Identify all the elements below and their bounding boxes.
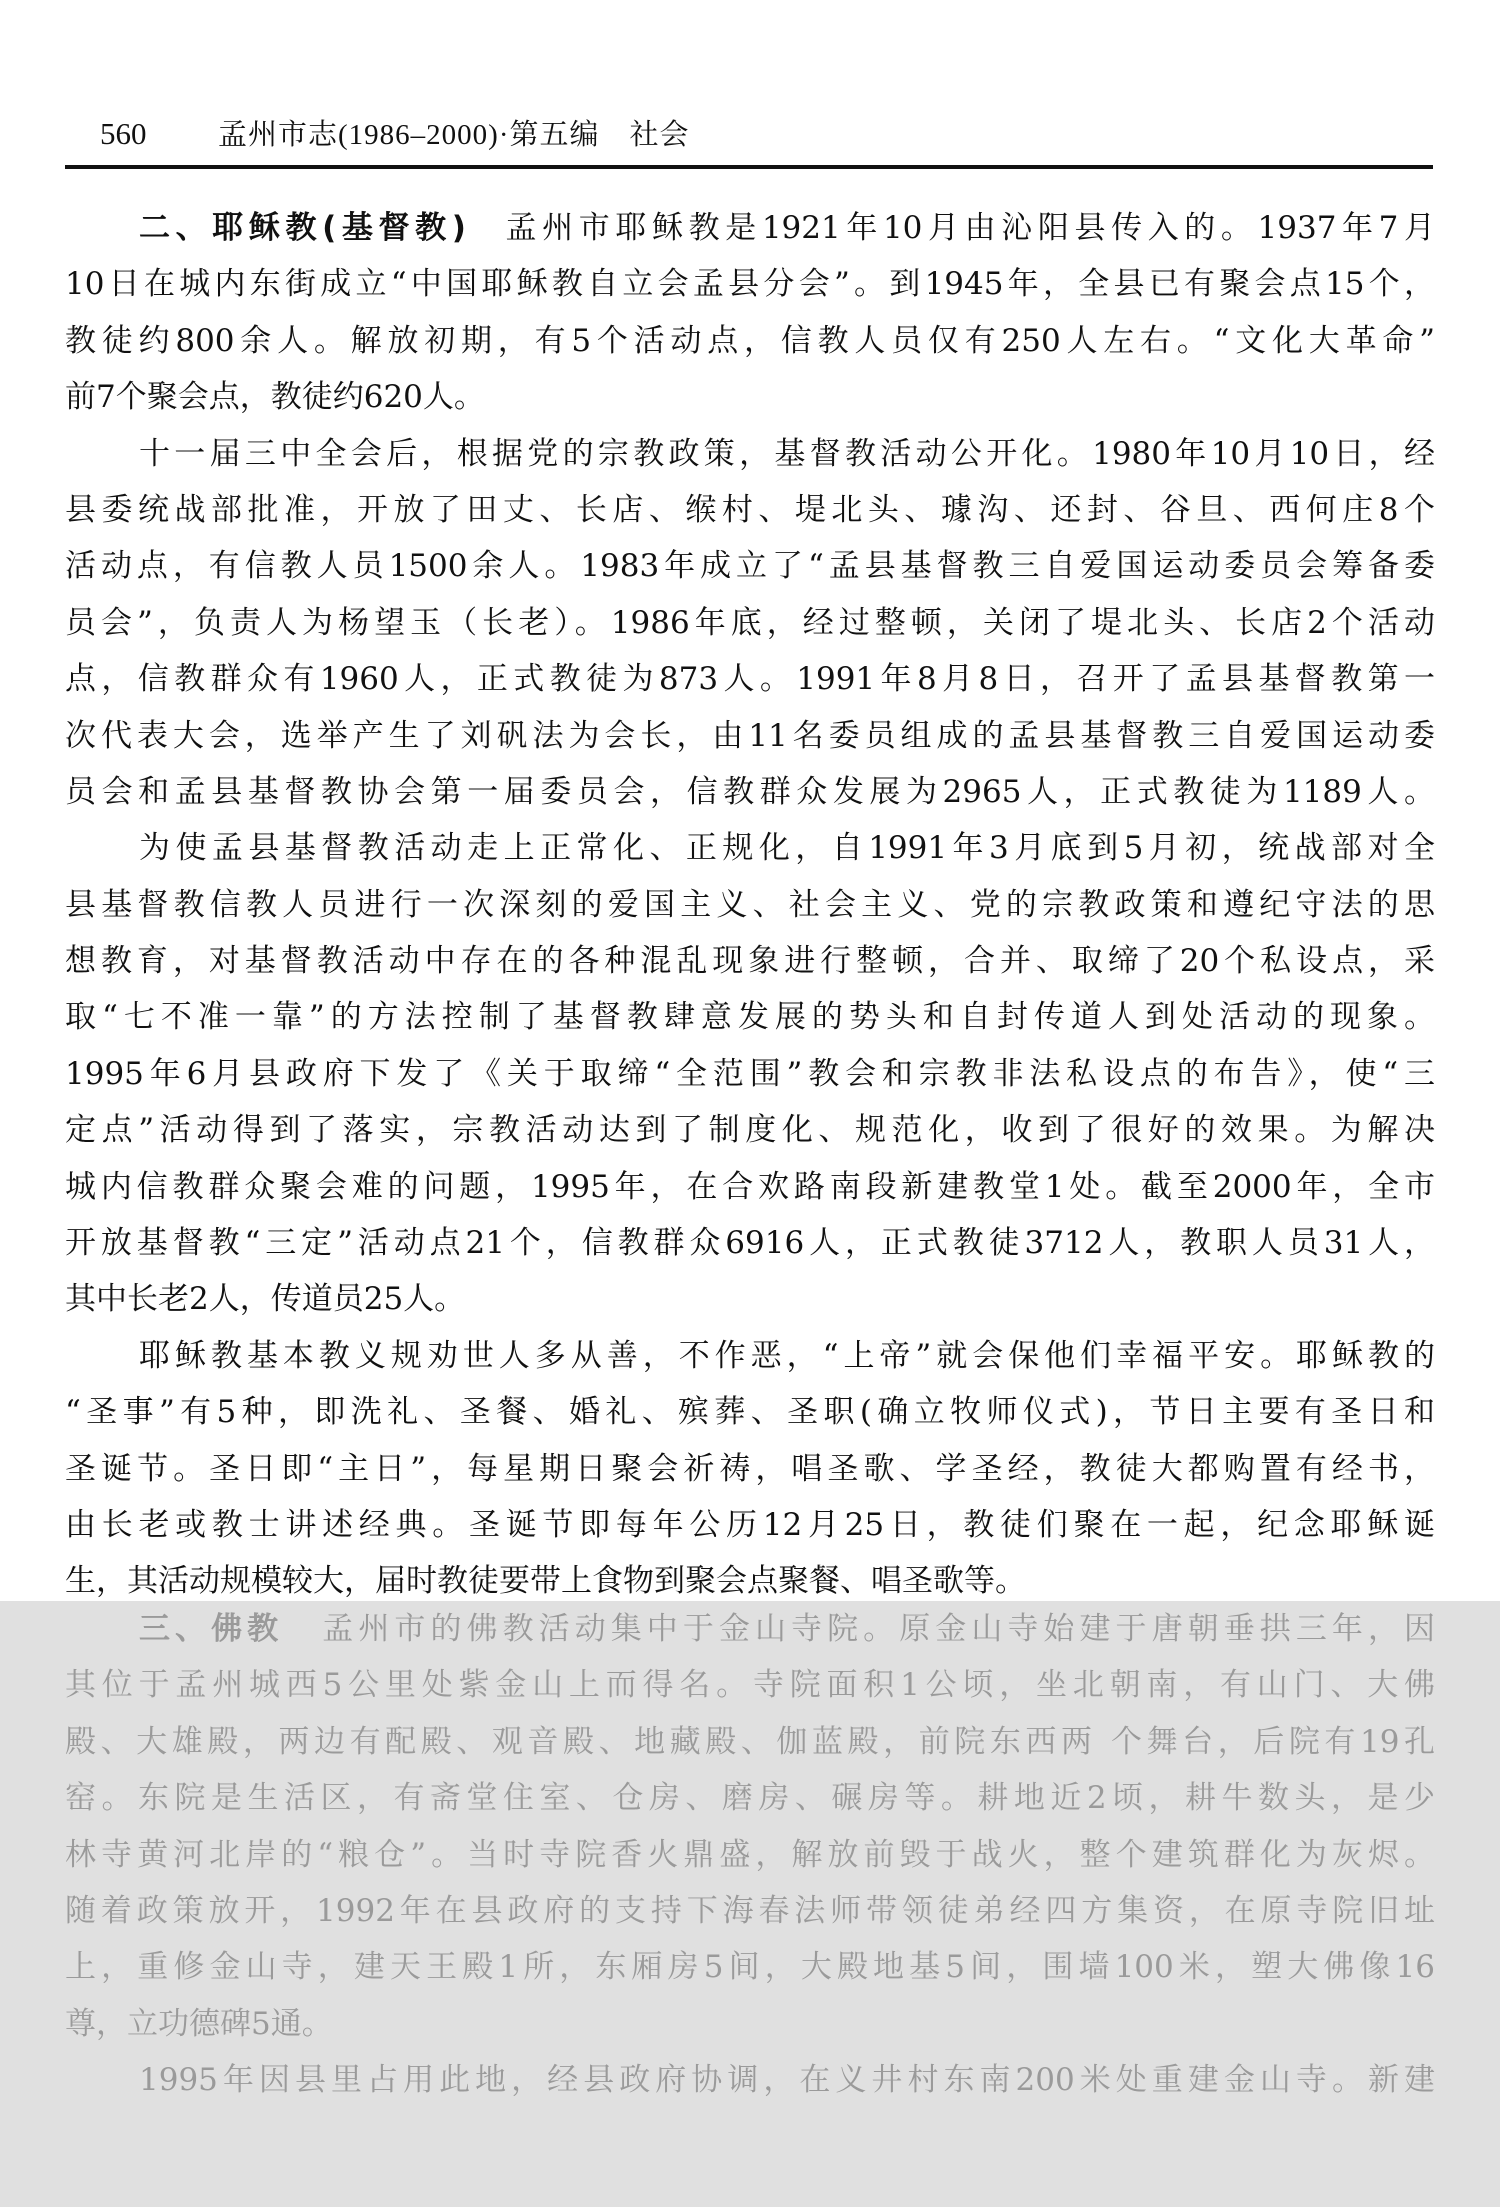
- text-line: 定点”活动得到了落实，宗教活动达到了制度化、规范化，收到了很好的效果。为解决: [65, 1102, 1435, 1158]
- text-line: 县基督教信教人员进行一次深刻的爱国主义、社会主义、党的宗教政策和遵纪守法的思: [65, 877, 1435, 933]
- text-line: 次代表大会，选举产生了刘矾法为会长，由11名委员组成的孟县基督教三自爱国运动委: [65, 708, 1435, 764]
- text-line: 窑。东院是生活区，有斋堂住室、仓房、磨房、碾房等。耕地近2顷，耕牛数头，是少: [65, 1770, 1435, 1826]
- text-line: 二、耶稣教(基督教)孟州市耶稣教是1921年10月由沁阳县传入的。1937年7月: [65, 200, 1435, 256]
- text-line: 取“七不准一靠”的方法控制了基督教肆意发展的势头和自封传道人到处活动的现象。: [65, 989, 1435, 1045]
- text-line: 由长老或教士讲述经典。圣诞节即每年公历12月25日，教徒们聚在一起，纪念耶稣诞: [65, 1497, 1435, 1553]
- text-line: 员会和孟县基督教协会第一届委员会，信教群众发展为2965人，正式教徒为1189人…: [65, 764, 1435, 820]
- section-heading: 三、佛教: [139, 1611, 283, 1647]
- text-line: 十一届三中全会后，根据党的宗教政策，基督教活动公开化。1980年10月10日，经: [65, 426, 1435, 482]
- text-line: 1995年因县里占用此地，经县政府协调，在义井村东南200米处重建金山寺。新建: [65, 2052, 1435, 2108]
- text-line: 三、佛教孟州市的佛教活动集中于金山寺院。原金山寺始建于唐朝垂拱三年，因: [65, 1601, 1435, 1657]
- page-number: 560: [100, 116, 218, 152]
- text-line: 开放基督教“三定”活动点21个，信教群众6916人，正式教徒3712人，教职人员…: [65, 1215, 1435, 1271]
- text-line: 1995年6月县政府下发了《关于取缔“全范围”教会和宗教非法私设点的布告》，使“…: [65, 1046, 1435, 1102]
- section-christianity: 二、耶稣教(基督教)孟州市耶稣教是1921年10月由沁阳县传入的。1937年7月…: [65, 200, 1435, 1610]
- text-line: 上，重修金山寺，建天王殿1所，东厢房5间，大殿地基5间，围墙100米，塑大佛像1…: [65, 1939, 1435, 1995]
- text-line: 10日在城内东街成立“中国耶稣教自立会孟县分会”。到1945年，全县已有聚会点1…: [65, 256, 1435, 312]
- header-rule: [65, 165, 1433, 169]
- text-line: 员会”，负责人为杨望玉（长老）。1986年底，经过整顿，关闭了堤北头、长店2个活…: [65, 595, 1435, 651]
- text-line: 其中长老2人，传道员25人。: [65, 1271, 1435, 1327]
- text-line: 活动点，有信教人员1500余人。1983年成立了“孟县基督教三自爱国运动委员会筹…: [65, 538, 1435, 594]
- text-line: 尊，立功德碑5通。: [65, 1996, 1435, 2052]
- text-line: 林寺黄河北岸的“粮仓”。当时寺院香火鼎盛，解放前毁于战火，整个建筑群化为灰烬。: [65, 1827, 1435, 1883]
- page-header: 560 孟州市志(1986–2000)·第五编 社会: [100, 112, 689, 152]
- text-line: 殿、大雄殿，两边有配殿、观音殿、地藏殿、伽蓝殿，前院东西两 个舞台，后院有19孔: [65, 1714, 1435, 1770]
- text-line: 其位于孟州城西5公里处紫金山上而得名。寺院面积1公顷，坐北朝南，有山门、大佛: [65, 1657, 1435, 1713]
- text-line: 教徒约800余人。解放初期，有5个活动点，信教人员仅有250人左右。“文化大革命…: [65, 313, 1435, 369]
- text-line: 随着政策放开，1992年在县政府的支持下海春法师带领徒弟经四方集资，在原寺院旧址: [65, 1883, 1435, 1939]
- text-line: 点，信教群众有1960人，正式教徒为873人。1991年8月8日，召开了孟县基督…: [65, 651, 1435, 707]
- text-line: 耶稣教基本教义规劝世人多从善，不作恶，“上帝”就会保他们幸福平安。耶稣教的: [65, 1328, 1435, 1384]
- running-title: 孟州市志(1986–2000)·第五编 社会: [218, 112, 689, 153]
- text-line: 县委统战部批准，开放了田丈、长店、缑村、堤北头、璩沟、还封、谷旦、西何庄8个: [65, 482, 1435, 538]
- section-heading: 二、耶稣教(基督教): [139, 210, 466, 246]
- section-buddhism: 三、佛教孟州市的佛教活动集中于金山寺院。原金山寺始建于唐朝垂拱三年，因 其位于孟…: [65, 1601, 1435, 2109]
- text-line: 圣诞节。圣日即“主日”，每星期日聚会祈祷，唱圣歌、学圣经，教徒大都购置有经书，: [65, 1441, 1435, 1497]
- text-line: 前7个聚会点，教徒约620人。: [65, 369, 1435, 425]
- text-line: 为使孟县基督教活动走上正常化、正规化，自1991年3月底到5月初，统战部对全: [65, 820, 1435, 876]
- text-line: 城内信教群众聚会难的问题，1995年，在合欢路南段新建教堂1处。截至2000年，…: [65, 1159, 1435, 1215]
- text-line: “圣事”有5种，即洗礼、圣餐、婚礼、殡葬、圣职(确立牧师仪式)，节日主要有圣日和: [65, 1384, 1435, 1440]
- text-line: 想教育，对基督教活动中存在的各种混乱现象进行整顿，合并、取缔了20个私设点，采: [65, 933, 1435, 989]
